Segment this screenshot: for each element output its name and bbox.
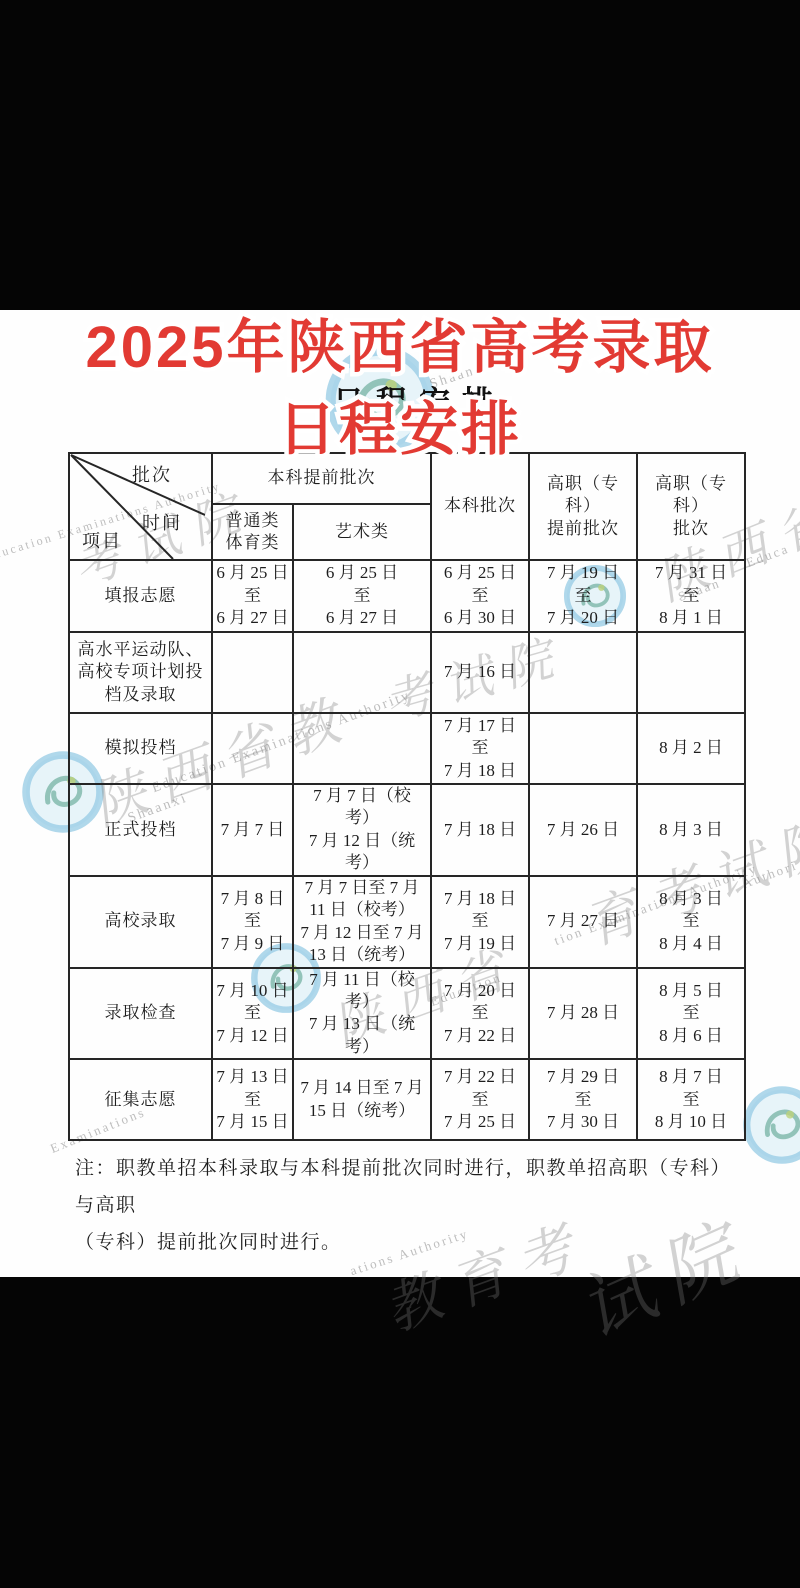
corner-label-batch: 批次 [132,464,172,488]
table-cell: 6 月 25 日 至 6 月 27 日 [293,560,431,632]
table-cell [212,713,293,784]
table-cell: 7 月 14 日至 7 月 15 日（统考） [293,1059,431,1140]
table-cell: 8 月 5 日 至 8 月 6 日 [637,968,745,1060]
table-cell: 6 月 25 日 至 6 月 27 日 [212,560,293,632]
footnote-line2: （专科）提前批次同时进行。 [75,1224,735,1261]
column-header-gaozhi: 高职（专科） 批次 [637,453,745,560]
table-cell [529,632,637,713]
table-cell: 7 月 22 日 至 7 月 25 日 [431,1059,529,1140]
row-label: 正式投档 [69,784,212,876]
table-cell: 7 月 26 日 [529,784,637,876]
admission-schedule-table: 批次 时间 项目 本科提前批次 本科批次 高职（专科） 提前批次 高职（专科） … [68,452,746,1141]
table-cell: 7 月 19 日 至 7 月 20 日 [529,560,637,632]
table-cell: 6 月 25 日 至 6 月 30 日 [431,560,529,632]
table-cell: 8 月 3 日 至 8 月 4 日 [637,876,745,968]
table-cell: 7 月 18 日 [431,784,529,876]
table-cell: 7 月 10 日 至 7 月 12 日 [212,968,293,1060]
table-cell [529,713,637,784]
table-cell [293,632,431,713]
table-cell: 7 月 7 日至 7 月 11 日（校考） 7 月 12 日至 7 月 13 日… [293,876,431,968]
footnote: 注：职教单招本科录取与本科提前批次同时进行，职教单招高职（专科）与高职 （专科）… [75,1150,735,1261]
row-label: 高校录取 [69,876,212,968]
table-cell: 8 月 3 日 [637,784,745,876]
column-header-putong-tiyu: 普通类 体育类 [212,504,293,560]
table-cell: 7 月 16 日 [431,632,529,713]
row-label: 征集志愿 [69,1059,212,1140]
table-cell: 7 月 20 日 至 7 月 22 日 [431,968,529,1060]
table-cell: 8 月 2 日 [637,713,745,784]
page-title-line1: 2025年陕西省高考录取 [0,300,800,384]
table-cell [637,632,745,713]
table-cell: 7 月 31 日 至 8 月 1 日 [637,560,745,632]
table-cell: 7 月 7 日（校考） 7 月 12 日（统考） [293,784,431,876]
table-cell: 7 月 13 日 至 7 月 15 日 [212,1059,293,1140]
table-cell: 7 月 7 日 [212,784,293,876]
table-cell: 7 月 28 日 [529,968,637,1060]
column-header-gaozhi-tiqian: 高职（专科） 提前批次 [529,453,637,560]
table-cell: 7 月 27 日 [529,876,637,968]
table-cell: 7 月 11 日（校考） 7 月 13 日（统考） [293,968,431,1060]
table-cell [293,713,431,784]
corner-label-item: 项目 [82,530,122,554]
table-cell [212,632,293,713]
table-cell: 8 月 7 日 至 8 月 10 日 [637,1059,745,1140]
row-label: 录取检查 [69,968,212,1060]
table-cell: 7 月 8 日 至 7 月 9 日 [212,876,293,968]
column-header-yishu: 艺术类 [293,504,431,560]
corner-label-time: 时间 [142,512,182,536]
column-header-benke: 本科批次 [431,453,529,560]
row-label: 填报志愿 [69,560,212,632]
page-title-line2: 日程安排 [0,382,800,466]
table-cell: 7 月 29 日 至 7 月 30 日 [529,1059,637,1140]
page: 考试院陕西省考试院陕西省教育考试院陕西省教育考试院Shaanxi Eduduca… [0,0,800,1588]
table-cell: 7 月 18 日 至 7 月 19 日 [431,876,529,968]
table-cell: 7 月 17 日 至 7 月 18 日 [431,713,529,784]
row-label: 高水平运动队、 高校专项计划投 档及录取 [69,632,212,713]
corner-header-cell: 批次 时间 项目 [69,453,212,560]
footnote-line1: 注：职教单招本科录取与本科提前批次同时进行，职教单招高职（专科）与高职 [75,1150,735,1224]
row-label: 模拟投档 [69,713,212,784]
